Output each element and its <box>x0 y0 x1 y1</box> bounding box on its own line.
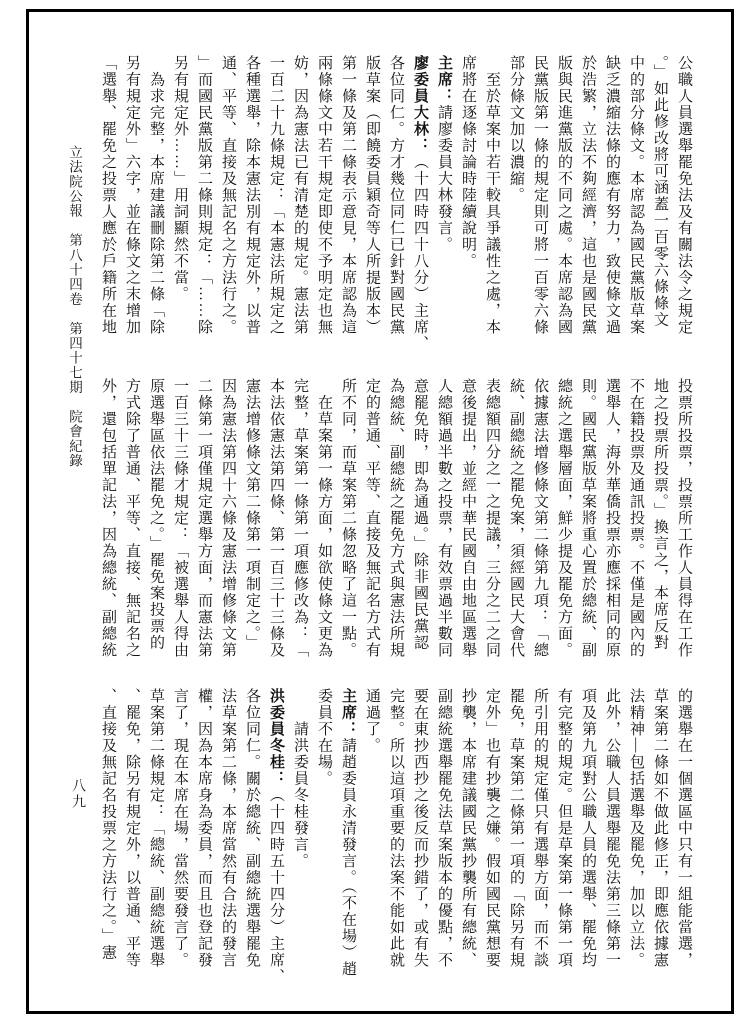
text-column: 法精神—包括選舉及罷免，加以立法。 <box>624 688 648 985</box>
text-column: 民黨版第一條的規定則可將一百零六條 <box>528 55 552 352</box>
text-column: 請洪委員冬桂發言。 <box>288 688 312 985</box>
speech-text: 請趙委員永清發言。（不在場）趙 <box>340 738 356 978</box>
text-column: 兩條條文中若干規定即使不予明定也無 <box>312 55 336 352</box>
text-column: 、罷免，除另有規定外，以普通、平等 <box>120 688 144 985</box>
text-column: 法草案第二條，本席當然有合法的發言 <box>216 688 240 985</box>
speech-text: （十四時五十四分）主席、 <box>268 787 284 985</box>
text-column: 、直接及無記名投票之方法行之。」憲 <box>96 688 120 985</box>
speaker-name: 洪委員冬桂： <box>268 688 284 787</box>
text-column: 定外」也有抄襲之嫌。假如國民黨想要 <box>480 688 504 985</box>
text-column: 方式除了普通、平等、直接、無記名之 <box>120 378 144 659</box>
text-column: 表總額四分之一之提議，三分之二之同 <box>480 378 504 659</box>
text-column: 外，還包括單記法，因為總統、副總統 <box>96 378 120 659</box>
text-column: 版草案（即饒委員穎奇等人所提版本） <box>360 55 384 352</box>
text-column: 席將在逐條討論時陸續說明。 <box>456 55 480 352</box>
journal-caption: 立法院公報 第八十四卷 第四十七期 院會紀錄 <box>64 145 84 468</box>
text-column: 有完整的規定。但是草案第一條第一項 <box>552 688 576 985</box>
text-column: 地之投票所投票。」換言之，本席反對 <box>648 378 672 659</box>
text-column: 選舉人，海外華僑投票亦應採相同的原 <box>600 378 624 659</box>
text-column: 第一條及第二條表示意見，本席認為這 <box>336 55 360 352</box>
text-column: 至於草案中若干較具爭議性之處，本 <box>480 55 504 352</box>
text-column: 洪委員冬桂：（十四時五十四分）主席、 <box>264 688 288 985</box>
text-column: 另有規定外……」用詞顯然不當。 <box>168 55 192 352</box>
text-column: 公職人員選舉罷免法及有關法令之規定 <box>672 55 696 352</box>
text-column: 主席：請廖委員大林發言。 <box>432 55 456 352</box>
text-column: 主席：請趙委員永清發言。（不在場）趙 <box>336 688 360 985</box>
gazette-page: 立法院公報 第八十四卷 第四十七期 院會紀錄 八九 公職人員選舉罷免法及有關法令… <box>0 0 737 1024</box>
text-column: 的選舉在一個選區中只有一組能當選， <box>672 688 696 985</box>
text-column: 廖委員大林：（十四時四十八分）主席、 <box>408 55 432 352</box>
text-column: 部分條文加以濃縮。 <box>504 55 528 352</box>
text-column: 完整，草案第一條第一項應修改為：「 <box>288 378 312 659</box>
text-column: 於浩繁，立法不夠經濟，這也是國民黨 <box>576 55 600 352</box>
text-column: 副總統選舉罷免法草案版本的優點，不 <box>432 688 456 985</box>
text-column: 此外，公職人員選舉罷免法第三條第一 <box>600 688 624 985</box>
text-column: 二條第一項僅規定選舉方面，而憲法第 <box>192 378 216 659</box>
speaker-name: 主席： <box>340 688 356 738</box>
text-column: 人總額過半數之投票，有效票過半數同 <box>432 378 456 659</box>
text-column: 另有規定外」六字，並在條文之末增加 <box>120 55 144 352</box>
text-band-bottom: 的選舉在一個選區中只有一組能當選，草案第二條如不做此修正，即應依據憲法精神—包括… <box>95 688 696 985</box>
text-column: 。」如此修改將可涵蓋一百零六條條文 <box>648 55 672 352</box>
text-column: 要在東抄西抄之後反而抄錯了，或有失 <box>408 688 432 985</box>
text-column: 罷免，草案第二條第一項的「除另有規 <box>504 688 528 985</box>
text-column: 各位同仁。關於總統、副總統選舉罷免 <box>240 688 264 985</box>
text-column: 通、平等、直接及無記名之方法行之。 <box>216 55 240 352</box>
text-block: 公職人員選舉罷免法及有關法令之規定。」如此修改將可涵蓋一百零六條條文中的部分條文… <box>95 0 696 1024</box>
text-column: 妨，因為憲法已有清楚的規定。憲法第 <box>288 55 312 352</box>
text-column: 本法依憲法第四條、第一百三十三條及 <box>264 378 288 659</box>
speaker-name: 主席： <box>436 55 452 105</box>
text-band-top: 公職人員選舉罷免法及有關法令之規定。」如此修改將可涵蓋一百零六條條文中的部分條文… <box>95 55 696 352</box>
text-band-middle: 投票所投票，投票所工作人員得在工作地之投票所投票。」換言之，本席反對不在籍投票及… <box>95 378 696 659</box>
text-column: 一百三十三條才規定：「被選舉人得由 <box>168 378 192 659</box>
text-column: 權，因為本席身為委員，而且也登記發 <box>192 688 216 985</box>
text-column: 」而國民黨版第二條則規定：「……除 <box>192 55 216 352</box>
text-column: 各位同仁。方才幾位同仁已針對國民黨 <box>384 55 408 352</box>
text-column: 各種選舉，除本憲法別有規定外，以普 <box>240 55 264 352</box>
page-number: 八九 <box>67 778 87 810</box>
text-column: 所引用的規定僅只有選舉方面，而不談 <box>528 688 552 985</box>
text-column: 定的普通、平等、直接及無記名方式有 <box>360 378 384 659</box>
text-column: 因為憲法第四十六條及憲法增修條文第 <box>216 378 240 659</box>
speech-text: （十四時四十八分）主席、 <box>412 154 428 352</box>
text-column: 則。國民黨版草案將重心置於總統、副 <box>576 378 600 659</box>
text-column: 總統之選舉層面，鮮少提及罷免方面。 <box>552 378 576 659</box>
text-column: 意後提出，並經中華民國自由地區選舉 <box>456 378 480 659</box>
text-column: 項及第九項對公職人員的選舉、罷免均 <box>576 688 600 985</box>
text-column: 投票所投票，投票所工作人員得在工作 <box>672 378 696 659</box>
text-column: 所不同，而草案第二條忽略了這一點。 <box>336 378 360 659</box>
text-column: 「選舉、罷免之投票人應於戶籍所在地 <box>96 55 120 352</box>
text-column: 原選舉區依法罷免之。」罷免案投票的 <box>144 378 168 659</box>
text-column: 草案第二條規定：「總統、副總統選舉 <box>144 688 168 985</box>
text-column: 為總統、副總統之罷免方式與憲法所規 <box>384 378 408 659</box>
text-column: 為求完整，本席建議刪除第二條「除 <box>144 55 168 352</box>
text-column: 統、副總統之罷免案，須經國民大會代 <box>504 378 528 659</box>
speech-text: 請廖委員大林發言。 <box>436 105 452 254</box>
text-column: 一百二十九條規定：「本憲法所規定之 <box>264 55 288 352</box>
text-column: 憲法增修條文第二條第一項制定之。」 <box>240 378 264 659</box>
text-column: 缺乏濃縮法條的應有努力，致使條文過 <box>600 55 624 352</box>
speaker-name: 廖委員大林： <box>412 55 428 154</box>
text-column: 言了，現在本席在場，當然要發言了。 <box>168 688 192 985</box>
text-column: 委員不在場。 <box>312 688 336 985</box>
text-column: 完整。所以這項重要的法案不能如此就 <box>384 688 408 985</box>
text-column: 在草案第一條方面，如欲使條文更為 <box>312 378 336 659</box>
text-column: 版與民進黨版的不同之處。本席認為國 <box>552 55 576 352</box>
text-column: 意罷免時，即為通過。」除非國民黨認 <box>408 378 432 659</box>
text-column: 抄襲，本席建議國民黨抄襲所有總統、 <box>456 688 480 985</box>
text-column: 不在籍投票及通訊投票。不僅是國內的 <box>624 378 648 659</box>
text-column: 中的部分條文。本席認為國民黨版草案 <box>624 55 648 352</box>
text-column: 草案第二條如不做此修正，即應依據憲 <box>648 688 672 985</box>
text-column: 依據憲法增修條文第二條第九項：「總 <box>528 378 552 659</box>
text-column: 通過了。 <box>360 688 384 985</box>
